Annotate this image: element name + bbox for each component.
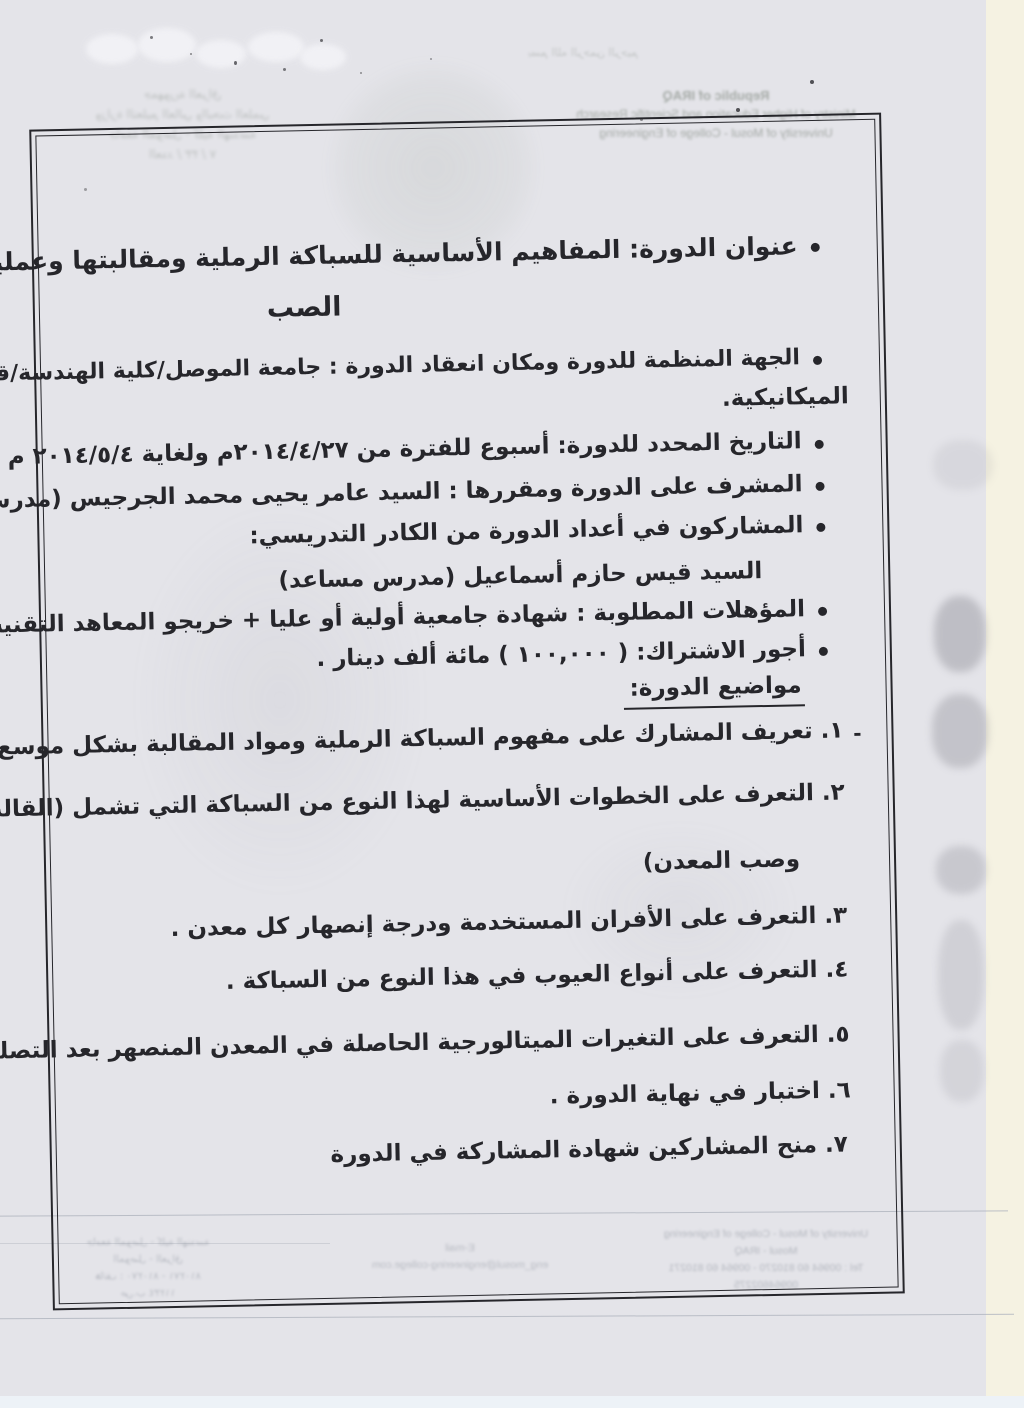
scan-blob bbox=[86, 34, 138, 64]
smudge bbox=[934, 596, 986, 672]
ink-speck bbox=[234, 61, 237, 65]
ink-speck bbox=[190, 53, 192, 55]
scan-blob bbox=[196, 40, 246, 68]
topic-1-dash: - bbox=[853, 721, 862, 745]
smudge bbox=[936, 846, 986, 894]
ink-speck bbox=[360, 72, 362, 74]
bleed-rule-line bbox=[0, 1314, 1014, 1319]
bleed-line: جمهورية العراق bbox=[55, 84, 310, 104]
smudge bbox=[940, 1040, 984, 1102]
ink-speck bbox=[320, 39, 323, 42]
scan-blob bbox=[138, 28, 196, 62]
organizer-continuation: الميكانيكية. bbox=[722, 383, 849, 412]
bullet-dot bbox=[816, 523, 825, 532]
scanner-edge-right bbox=[986, 0, 1024, 1408]
smudge bbox=[932, 694, 988, 768]
scanner-edge-bottom bbox=[0, 1396, 1024, 1408]
ink-speck bbox=[736, 108, 740, 112]
topic-item-2-continuation: وصب المعدن) bbox=[643, 846, 801, 875]
scan-blob bbox=[300, 44, 346, 70]
scan-blob bbox=[248, 32, 304, 62]
smudge bbox=[933, 440, 993, 490]
course-title-line2: الصب bbox=[267, 291, 342, 323]
ink-speck bbox=[430, 58, 432, 60]
document-border-frame: عنوان الدورة: المفاهيم الأساسية للسباكة … bbox=[29, 113, 905, 1311]
bleed-line: وزارة التعليم العالي والبحث العلمي bbox=[55, 104, 310, 124]
topics-heading-text: مواضيع الدورة: bbox=[623, 672, 805, 710]
scanned-document-page: بسم الله الرحمن الرحيم Republic of IRAQ … bbox=[0, 0, 1024, 1408]
ink-speck bbox=[283, 68, 286, 71]
document-border-frame-inner bbox=[35, 119, 898, 1305]
bleed-line: Republic of IRAQ bbox=[538, 86, 894, 105]
smudge bbox=[938, 920, 984, 1030]
topics-heading: مواضيع الدورة: bbox=[623, 672, 804, 702]
ink-speck bbox=[810, 80, 814, 84]
ink-speck bbox=[150, 36, 153, 39]
bleed-basmala-text: بسم الله الرحمن الرحيم bbox=[498, 46, 668, 59]
